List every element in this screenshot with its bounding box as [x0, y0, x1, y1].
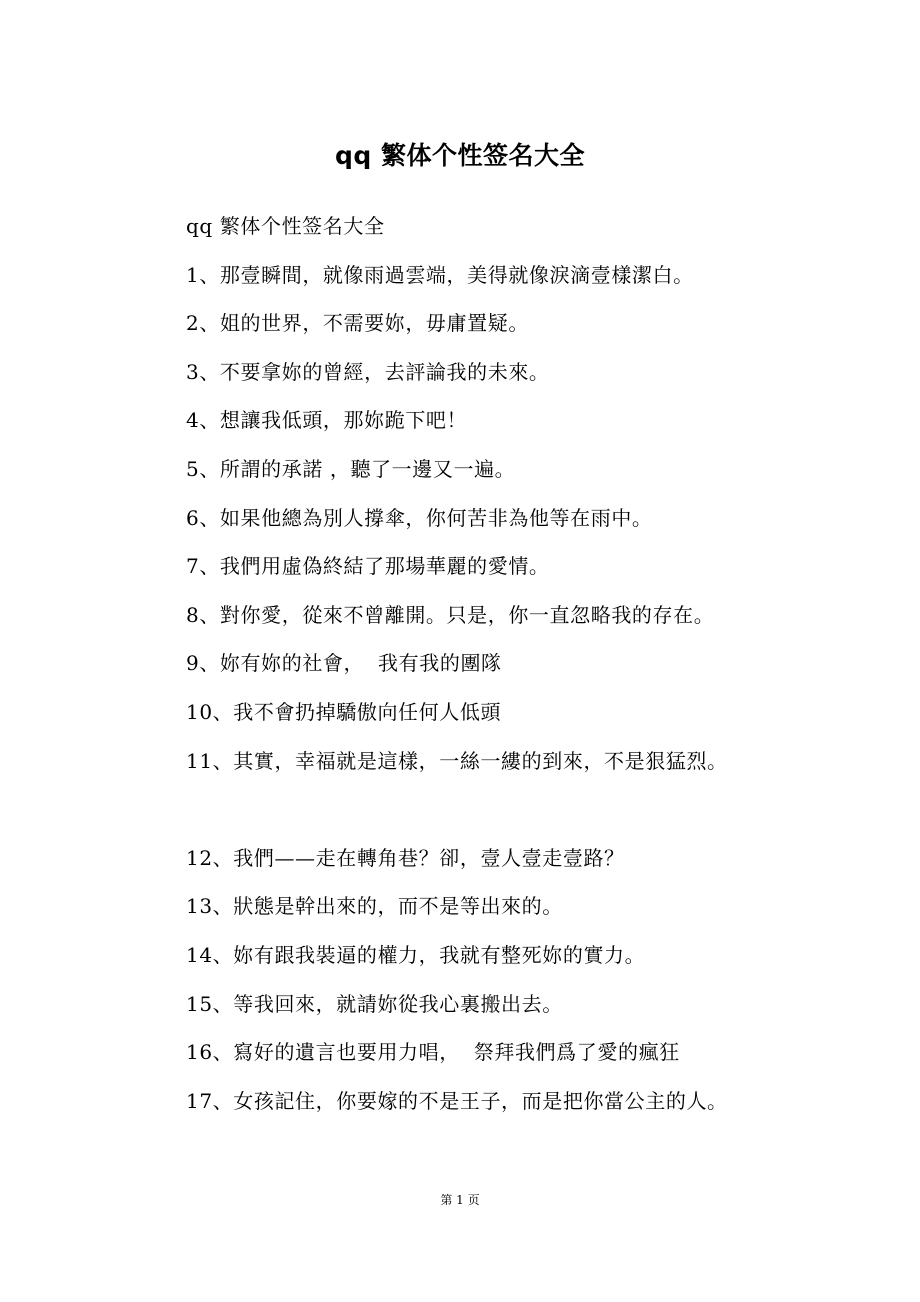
signature-line-11: 11、其實，幸福就是這樣，一絲一縷的到來，不是狠猛烈。 [186, 743, 886, 792]
signature-line-9: 9、妳有妳的社會， 我有我的團隊 [186, 645, 886, 694]
signature-line-17: 17、女孩記住，你要嫁的不是王子，而是把你當公主的人。 [186, 1083, 886, 1132]
signature-line-4: 4、想讓我低頭，那妳跪下吧！ [186, 402, 886, 451]
signature-line-3: 3、不要拿妳的曾經，去評論我的未來。 [186, 354, 886, 403]
signature-line-13: 13、狀態是幹出來的，而不是等出來的。 [186, 888, 886, 937]
document-title: qq 繁体个性签名大全 [0, 138, 920, 174]
signature-line-2: 2、姐的世界，不需要妳，毋庸置疑。 [186, 305, 886, 354]
document-body: qq 繁体个性签名大全 1、那壹瞬間，就像雨過雲端，美得就像淚滴壹樣潔白。 2、… [186, 208, 886, 1131]
signature-line-12: 12、我們——走在轉角巷？卻，壹人壹走壹路？ [186, 840, 886, 889]
signature-line-10: 10、我不會扔掉驕傲向任何人低頭 [186, 694, 886, 743]
signature-line-7: 7、我們用虛偽終結了那場華麗的愛情。 [186, 548, 886, 597]
signature-line-6: 6、如果他總為別人撐傘，你何苦非為他等在雨中。 [186, 500, 886, 549]
signature-line-16: 16、寫好的遺言也要用力唱， 祭拜我們爲了愛的瘋狂 [186, 1034, 886, 1083]
blank-line [186, 791, 886, 840]
signature-line-5: 5、所謂的承諾 ，聽了一邊又一遍。 [186, 451, 886, 500]
signature-line-14: 14、妳有跟我裝逼的權力，我就有整死妳的實力。 [186, 937, 886, 986]
signature-line-15: 15、等我回來，就請妳從我心裏搬出去。 [186, 986, 886, 1035]
signature-line-8: 8、對你愛，從來不曾離開。只是，你一直忽略我的存在。 [186, 597, 886, 646]
document-page: qq 繁体个性签名大全 qq 繁体个性签名大全 1、那壹瞬間，就像雨過雲端，美得… [0, 0, 920, 1302]
page-number: 第 1 页 [0, 1190, 920, 1210]
document-subtitle: qq 繁体个性签名大全 [186, 208, 886, 257]
signature-line-1: 1、那壹瞬間，就像雨過雲端，美得就像淚滴壹樣潔白。 [186, 257, 886, 306]
